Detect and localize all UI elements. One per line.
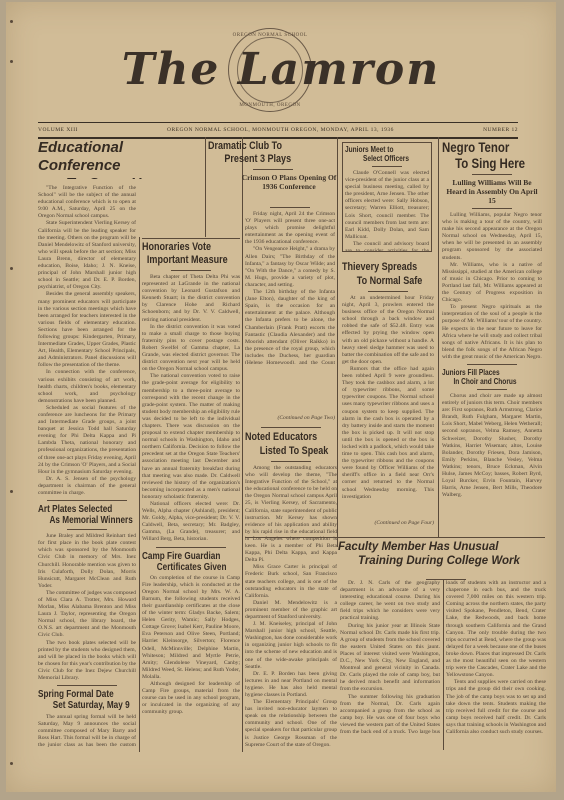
column-3-bottom: Noted Educators Listed To Speak Among th… <box>245 425 337 752</box>
faculty-headline: Faculty Member Has Unusual <box>338 540 548 554</box>
art-plates-headline: Art Plates Selected <box>38 504 118 515</box>
juniors-meet-body: Claude O'Connell was elected vice-presid… <box>345 170 429 252</box>
punch-hole <box>10 267 13 270</box>
column-5: Negro Tenor To Sing Here Lulling William… <box>442 139 542 534</box>
juniors-meet-box: Juniors Meet to Select Officers Claude O… <box>342 142 432 252</box>
dramatic-club-headline: Dramatic Club To <box>208 140 315 153</box>
dramatic-club-continued: (Continued on Page Two) <box>245 415 335 421</box>
juniors-choir-body: Chorus and choir are made up almost enti… <box>442 393 542 499</box>
punch-hole <box>10 490 13 493</box>
masthead: OREGON NORMAL SCHOOL MONMOUTH, OREGON Th… <box>6 22 556 112</box>
spring-formal-body: The annual spring formal will be held Sa… <box>38 714 136 750</box>
faculty-body: Dr. J. N. Carls of the geography departm… <box>340 580 546 750</box>
juniors-meet-headline: Juniors Meet to <box>345 145 414 154</box>
thievery-continued: (Continued on Page Four) <box>342 520 434 526</box>
punch-hole <box>10 762 13 765</box>
art-plates-body: June Braley and Mildred Reinhart tied fo… <box>38 533 136 682</box>
honoraries-body: Beta chapter of Theta Delta Phi was repr… <box>142 274 240 544</box>
volume-label: VOLUME XIII <box>38 124 78 136</box>
negro-tenor-body: Lulling Williams, popular Negro tenor wh… <box>442 212 542 361</box>
negro-tenor-headline: Negro Tenor <box>442 139 524 155</box>
noted-educators-body: Among the outstanding educators who will… <box>245 465 337 749</box>
thievery-body: At an undetermined hour Friday night, Ap… <box>342 295 434 501</box>
spring-formal-headline: Spring Formal Date <box>38 689 118 700</box>
conference-headline: Educational Conference To Open Here Apri… <box>38 139 198 179</box>
column-4: Thievery Spreads To Normal Safe At an un… <box>342 260 434 528</box>
honoraries-headline: Honoraries Vote <box>142 241 222 254</box>
issue-number: NUMBER 12 <box>483 124 518 136</box>
negro-tenor-subhead: Lulling Williams Will Be Heard in Assemb… <box>442 178 542 205</box>
newspaper-page: OREGON NORMAL SCHOOL MONMOUTH, OREGON Th… <box>6 2 556 792</box>
column-2: Honoraries Vote Important Measure Beta c… <box>142 238 240 750</box>
dramatic-club-body: Friday night, April 24 the Crimson 'O' P… <box>245 211 335 364</box>
dramatic-club-subhead: Crimson O Plans Opening Of 1936 Conferen… <box>240 173 338 191</box>
dateline-center: OREGON NORMAL SCHOOL, MONMOUTH OREGON, M… <box>167 124 394 136</box>
camp-fire-headline: Camp Fire Guardian <box>142 551 222 562</box>
noted-educators-headline: Noted Educators <box>245 430 320 444</box>
column-1: "The Integrative Function of the School"… <box>38 185 136 750</box>
camp-fire-body: On completion of the course in Camp Fire… <box>142 575 240 717</box>
dateline: VOLUME XIII OREGON NORMAL SCHOOL, MONMOU… <box>38 122 518 139</box>
conference-body: "The Integrative Function of the School"… <box>38 185 136 497</box>
faculty-headline-block: Faculty Member Has Unusual Training Duri… <box>338 540 548 578</box>
column-3-top: Friday night, April 24 the Crimson 'O' P… <box>245 204 335 364</box>
juniors-choir-headline: Juniors Fill Places <box>442 368 524 377</box>
thievery-headline: Thievery Spreads <box>342 260 417 274</box>
newspaper-title: The Lamron <box>6 44 556 95</box>
